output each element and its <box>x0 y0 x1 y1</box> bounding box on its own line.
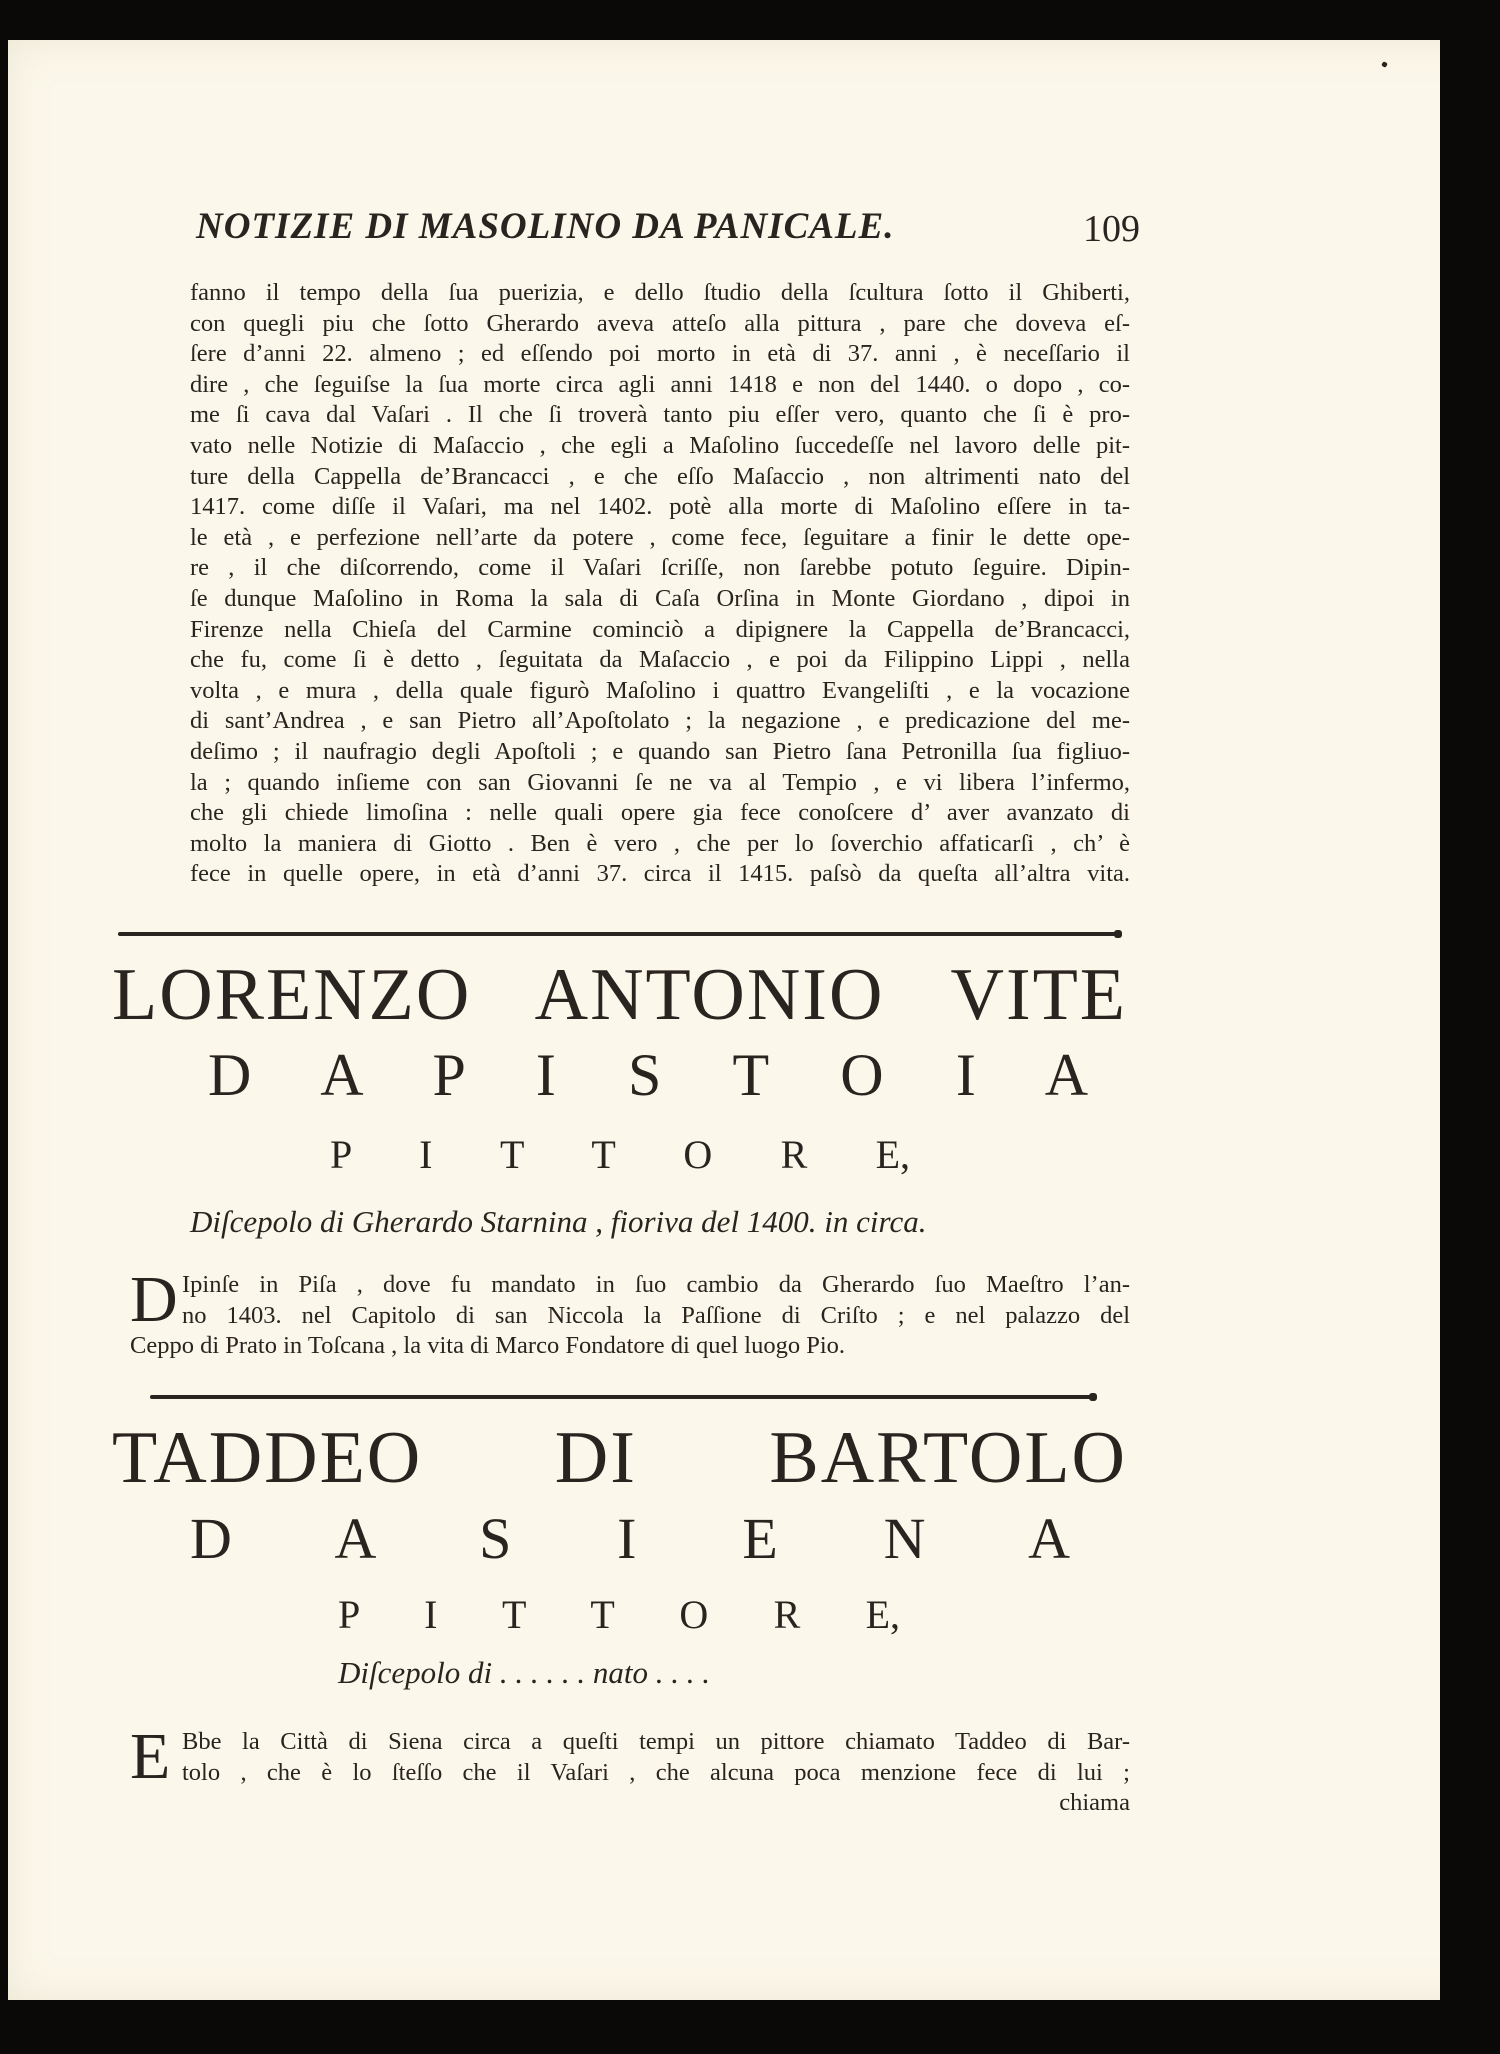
letter: A <box>320 1042 360 1108</box>
text-line: no 1403. nel Capitolo di san Niccola la … <box>130 1301 1130 1332</box>
letter: T <box>590 1592 614 1637</box>
taddeo-role: P I T T O R E, <box>338 1590 900 1640</box>
lorenzo-paragraph: D Ipinſe in Piſa , dove fu mandato in ſu… <box>130 1270 1130 1362</box>
text-line: Bbe la Città di Siena circa a queſti tem… <box>130 1727 1130 1758</box>
letter: I <box>956 1042 976 1108</box>
letter: E, <box>866 1592 900 1637</box>
lorenzo-role: P I T T O R E, <box>330 1130 910 1180</box>
text-line: re , il che diſcorrendo, come il Vaſari … <box>190 553 1130 584</box>
text-line: la ; quando inſieme con san Giovanni ſe … <box>190 768 1130 799</box>
text-line: 1417. come diſſe il Vaſari, ma nel 1402.… <box>190 492 1130 523</box>
letter: R <box>781 1132 808 1177</box>
letter: R <box>774 1592 801 1637</box>
page-number: 109 <box>1083 207 1140 251</box>
masolino-paragraph: fanno il tempo della ſua puerizia, e del… <box>190 278 1130 890</box>
letter: N <box>884 1506 926 1571</box>
letter: P <box>330 1132 351 1177</box>
text-line: ſere d’anni 22. almeno ; ed eſſendo poi … <box>190 339 1130 370</box>
drop-cap: E <box>130 1729 170 1785</box>
text-line: Firenze nella Chieſa del Carmine cominci… <box>190 615 1130 646</box>
text-line: Ceppo di Prato in Toſcana , la vita di M… <box>130 1331 1130 1362</box>
letter: T <box>500 1132 524 1177</box>
scan-border-right <box>1440 30 1500 2054</box>
lorenzo-heading: LORENZO ANTONIO VITE <box>112 955 1127 1035</box>
text-line: Ipinſe in Piſa , dove fu mandato in ſuo … <box>130 1270 1130 1301</box>
section-rule <box>150 1395 1095 1399</box>
text-line: tolo , che è lo ſteſſo che il Vaſari , c… <box>130 1758 1130 1789</box>
letter: O <box>683 1132 712 1177</box>
text-line: fanno il tempo della ſua puerizia, e del… <box>190 278 1130 309</box>
taddeo-caption: Diſcepolo di . . . . . . nato . . . . <box>338 1655 710 1691</box>
text-line: vato nelle Notizie di Maſaccio , che egl… <box>190 431 1130 462</box>
letter: I <box>536 1042 556 1108</box>
text-line: con quegli piu che ſotto Gherardo aveva … <box>190 309 1130 340</box>
text-line: deſimo ; il naufragio degli Apoſtoli ; e… <box>190 737 1130 768</box>
text-line: che gli chiede limoſina : nelle quali op… <box>190 798 1130 829</box>
letter: T <box>502 1592 526 1637</box>
letter: S <box>479 1506 511 1571</box>
text-line: di sant’Andrea , e san Pietro all’Apoſto… <box>190 706 1130 737</box>
letter: D <box>208 1042 251 1108</box>
taddeo-paragraph: E Bbe la Città di Siena circa a queſti t… <box>130 1727 1130 1819</box>
taddeo-heading: TADDEO DI BARTOLO <box>112 1418 1127 1498</box>
letter: A <box>335 1506 374 1571</box>
text-line: molto la maniera di Giotto . Ben è vero … <box>190 829 1130 860</box>
text-line: me ſi cava dal Vaſari . Il che ſi trover… <box>190 400 1130 431</box>
letter: P <box>338 1592 359 1637</box>
text-line: ſe dunque Maſolino in Roma la sala di Ca… <box>190 584 1130 615</box>
letter: T <box>591 1132 615 1177</box>
text-line: volta , e mura , della quale figurò Maſo… <box>190 676 1130 707</box>
letter: A <box>1045 1042 1088 1108</box>
text-line: le età , e perfezione nell’arte da poter… <box>190 523 1130 554</box>
letter: T <box>733 1042 769 1108</box>
text-line: dire , che ſeguiſse la ſua morte circa a… <box>190 370 1130 401</box>
letter: I <box>617 1506 636 1571</box>
lorenzo-subheading: D A P I S T O I A <box>208 1040 1088 1110</box>
letter: E <box>742 1506 777 1571</box>
letter: D <box>190 1506 232 1571</box>
drop-cap: D <box>130 1272 178 1328</box>
text-line: fece in quelle opere, in età d’anni 37. … <box>190 859 1130 890</box>
letter: P <box>432 1042 463 1108</box>
text-line: che fu, come ſi è detto , ſeguitata da M… <box>190 645 1130 676</box>
letter: I <box>424 1592 437 1637</box>
letter: O <box>840 1042 883 1108</box>
letter: I <box>419 1132 432 1177</box>
letter: A <box>1028 1506 1070 1571</box>
lorenzo-caption: Diſcepolo di Gherardo Starnina , fioriva… <box>190 1204 926 1240</box>
running-title: NOTIZIE DI MASOLINO DA PANICALE. <box>196 205 894 248</box>
text-line: ture della Cappella de’Brancacci , e che… <box>190 462 1130 493</box>
letter: S <box>628 1042 661 1108</box>
taddeo-subheading: D A S I E N A <box>190 1505 1070 1573</box>
section-rule <box>118 932 1120 936</box>
letter: O <box>679 1592 708 1637</box>
catchword: chiama <box>130 1788 1130 1819</box>
letter: E, <box>876 1132 910 1177</box>
